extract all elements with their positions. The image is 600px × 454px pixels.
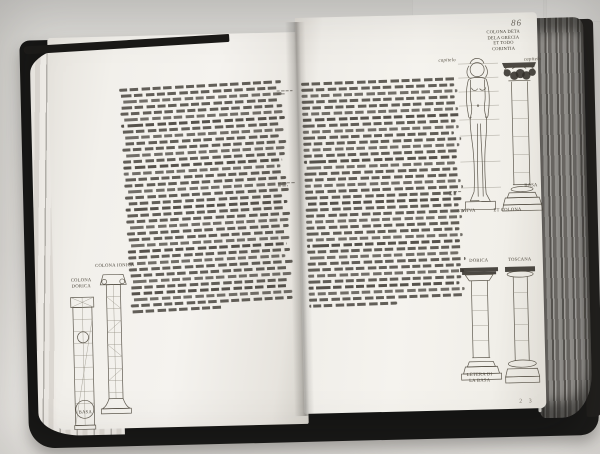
margin-note [277,90,293,97]
photograph-of-open-manuscript-book: COLONA DORICA BASA COLONA IONICA [0,0,600,454]
left-page: COLONA DORICA BASA COLONA IONICA [47,32,309,430]
capital-label-left: capitelo [426,58,456,64]
column-study-a-base-label: BASA [68,409,102,415]
base-label: BASA [517,182,545,188]
column-study-b-caption: COLONA IONICA [93,262,137,269]
quire-corner-mark: 2 3 [519,398,534,404]
label-under-column: ET COLONA [486,206,530,213]
right-page: 86 COLONA DETA DELA GRECIA ET TODO CORIN… [295,12,547,414]
column-study-drawing-2 [97,272,133,419]
doric-column-title: DORICA [459,257,499,263]
left-page-handwritten-text [119,80,295,323]
right-page-handwritten-text [301,77,467,311]
column-study-a-caption: COLONA DORICA [63,277,99,289]
doric-column-caption: LETERA DI LA BASA [459,371,501,383]
tuscan-column-title: TOSCANA [503,256,537,262]
open-book: COLONA DORICA BASA COLONA IONICA [0,0,600,454]
corinthian-column-drawing [498,44,544,217]
tuscan-column-drawing [503,264,540,391]
folio-number: 86 [511,18,522,28]
margin-note [278,182,295,189]
